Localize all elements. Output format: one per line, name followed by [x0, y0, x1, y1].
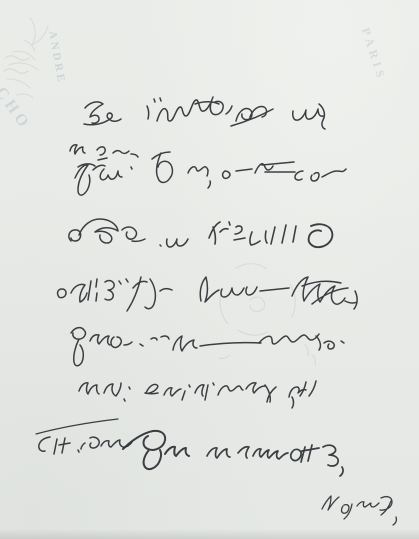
scrawl-line-2d	[236, 162, 346, 181]
scrawl-line-7a	[39, 437, 132, 454]
scrawl-line-4b	[200, 277, 357, 309]
scrawl-line-2c	[152, 152, 230, 188]
scrawl-line-3a	[69, 219, 145, 243]
scrawl-line-5b	[140, 336, 261, 351]
scrawl-line-3b	[160, 239, 188, 247]
scrawl-line-1a	[84, 102, 121, 125]
scrawl-line-1d	[293, 104, 325, 129]
scrawl-line-6a	[79, 383, 130, 401]
ink-layer	[0, 0, 419, 539]
scrawl-line-4a	[58, 277, 172, 311]
scrawl-line-1b	[147, 97, 232, 121]
scrawl-line-7-overbar	[36, 419, 118, 434]
manuscript-page: ANDRE CHO PARIS	[0, 0, 419, 539]
paper-bottom-edge-shadow	[0, 529, 419, 539]
scrawl-line-2a	[70, 145, 138, 160]
scrawl-line-7b	[123, 431, 189, 469]
scrawl-line-6b	[145, 383, 276, 402]
signature-scrawl	[322, 496, 396, 525]
scrawl-line-1c	[231, 106, 273, 126]
scrawl-line-5c	[259, 334, 344, 350]
scrawl-line-2b	[75, 164, 132, 195]
scrawl-line-6c	[289, 381, 316, 408]
scrawl-line-7c	[207, 445, 343, 476]
scrawl-line-5a	[71, 328, 132, 366]
scrawl-line-3d	[309, 224, 333, 247]
scrawl-line-3c	[209, 222, 296, 245]
